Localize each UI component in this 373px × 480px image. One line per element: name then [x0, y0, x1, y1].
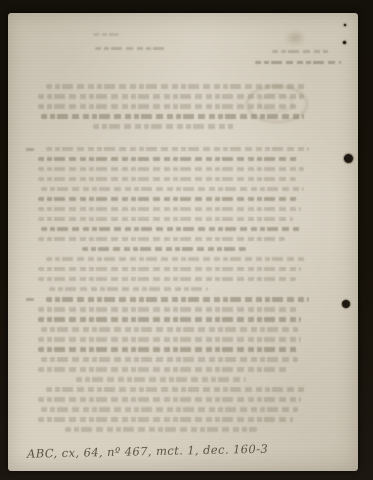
text-line — [38, 207, 301, 212]
hole-punch — [342, 300, 350, 308]
text-line — [38, 104, 296, 109]
hole-punch — [344, 154, 353, 163]
scan-background: { "page": { "description": "Scanned arch… — [0, 0, 373, 480]
text-line — [46, 387, 306, 392]
paper-speck — [344, 24, 346, 26]
text-line — [76, 377, 246, 382]
bleed-paragraph — [38, 147, 312, 252]
text-line — [93, 124, 235, 129]
text-line — [41, 227, 301, 232]
text-line — [38, 367, 290, 372]
text-line — [38, 237, 285, 242]
paragraph-dash-marker — [26, 148, 34, 151]
text-line — [38, 167, 304, 172]
bleed-paragraph — [38, 297, 312, 382]
document-page: ABC, cx, 64, nº 467, mct. 1, dec. 160-3 — [8, 13, 358, 471]
text-line — [41, 187, 304, 192]
text-line — [41, 327, 299, 332]
text-line — [38, 417, 293, 422]
bleed-paragraph — [38, 84, 312, 129]
text-line — [46, 84, 306, 89]
text-line — [46, 297, 309, 302]
text-line — [41, 357, 299, 362]
text-line — [38, 397, 301, 402]
faded-text-remnant — [93, 33, 119, 36]
text-line — [41, 407, 299, 412]
text-line — [38, 157, 298, 162]
bleed-paragraph — [38, 387, 312, 432]
text-line — [38, 94, 304, 99]
paragraph-dash-marker — [26, 298, 34, 301]
bleedthrough-text — [38, 84, 312, 437]
text-line — [38, 177, 296, 182]
text-line — [41, 114, 304, 119]
text-line — [46, 257, 306, 262]
text-line — [38, 267, 301, 272]
text-line — [49, 287, 208, 292]
text-line — [38, 347, 298, 352]
text-line — [38, 277, 296, 282]
text-line — [38, 337, 301, 342]
text-line — [38, 217, 293, 222]
text-line — [38, 197, 298, 202]
archival-annotation: ABC, cx, 64, nº 467, mct. 1, dec. 160-3 — [27, 440, 287, 461]
faded-heading-line — [95, 47, 167, 50]
bleed-paragraph — [38, 257, 312, 292]
ink-smudge — [280, 27, 310, 49]
paper-speck — [343, 41, 346, 44]
text-line — [46, 147, 309, 152]
text-line — [82, 247, 246, 252]
letterhead-line-1 — [272, 50, 330, 53]
text-line — [38, 317, 301, 322]
text-line — [65, 427, 257, 432]
text-line — [38, 307, 298, 312]
letterhead-line-2 — [255, 61, 341, 64]
